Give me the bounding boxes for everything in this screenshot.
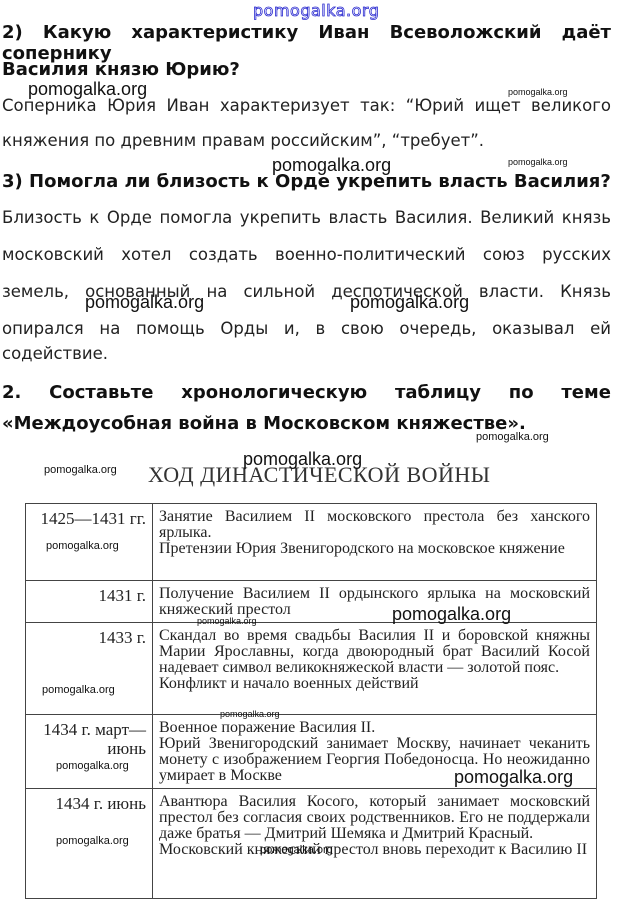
date-cell: 1434 г. март—июнь bbox=[26, 715, 153, 789]
event-text: Московский княжеский престол вновь перех… bbox=[159, 842, 590, 858]
event-text: Претензии Юрия Звенигородского на москов… bbox=[159, 541, 590, 557]
watermark: pomogalka.org bbox=[476, 431, 549, 443]
question-2-answer-line-2: княжения по древним правам российским”, … bbox=[2, 131, 611, 150]
event-cell: Скандал во время свадьбы Василия II и бо… bbox=[153, 623, 597, 715]
watermark: pomogalka.org bbox=[220, 709, 280, 719]
question-3-answer-line-4: опирался на помощь Орды и, в свою очеред… bbox=[2, 319, 611, 338]
event-text: Военное поражение Василия II. bbox=[159, 720, 590, 736]
watermark: pomogalka.org bbox=[197, 616, 257, 626]
watermark: pomogalka.org bbox=[243, 449, 362, 470]
watermark: pomogalka.org bbox=[392, 604, 511, 625]
watermark: pomogalka.org bbox=[272, 155, 391, 176]
event-text: Скандал во время свадьбы Василия II и бо… bbox=[159, 628, 590, 676]
watermark: pomogalka.org bbox=[508, 157, 568, 167]
watermark: pomogalka.org bbox=[46, 540, 119, 552]
watermark: pomogalka.org bbox=[260, 844, 333, 856]
task-2-word: таблицу bbox=[395, 382, 481, 403]
watermark-header: pomogalka.org bbox=[253, 1, 379, 20]
watermark: pomogalka.org bbox=[44, 464, 117, 476]
question-3-answer-line-5: содействие. bbox=[2, 344, 611, 363]
task-2-word: хронологическую bbox=[181, 382, 367, 403]
question-3-answer-line-2: московский хотел создать военно-политиче… bbox=[2, 245, 611, 264]
watermark: pomogalka.org bbox=[56, 760, 129, 772]
event-text: Получение Василием II ордынского ярлыка … bbox=[159, 586, 590, 618]
date-cell: 1431 г. bbox=[26, 581, 153, 623]
task-2-title-line-1: 2. Составьте хронологическую таблицу по … bbox=[2, 382, 611, 403]
watermark: pomogalka.org bbox=[85, 292, 204, 313]
date-cell: 1433 г. bbox=[26, 623, 153, 715]
question-2-title-line-2: Василия князю Юрию? bbox=[2, 59, 611, 80]
watermark: pomogalka.org bbox=[350, 292, 469, 313]
watermark: pomogalka.org bbox=[42, 684, 115, 696]
task-2-word: Составьте bbox=[49, 382, 153, 403]
event-cell: Занятие Василием II московского престола… bbox=[153, 504, 597, 581]
event-text: Конфликт и начало военных действий bbox=[159, 676, 590, 692]
watermark: pomogalka.org bbox=[508, 87, 568, 97]
watermark: pomogalka.org bbox=[56, 835, 129, 847]
event-text: Занятие Василием II московского престола… bbox=[159, 509, 590, 541]
event-text: Авантюра Василия Косого, который занимае… bbox=[159, 794, 590, 842]
question-2-title-line-1: 2) Какую характеристику Иван Всеволожски… bbox=[2, 22, 611, 64]
watermark: pomogalka.org bbox=[454, 767, 573, 788]
event-cell: Авантюра Василия Косого, который занимае… bbox=[153, 789, 597, 899]
table-row: 1433 г. Скандал во время свадьбы Василия… bbox=[26, 623, 597, 715]
task-2-word: по bbox=[509, 382, 534, 403]
task-2-word: теме bbox=[561, 382, 611, 403]
task-2-word: 2. bbox=[2, 382, 21, 403]
question-3-answer-line-1: Близость к Орде помогла укрепить власть … bbox=[2, 208, 611, 227]
watermark: pomogalka.org bbox=[28, 79, 147, 100]
